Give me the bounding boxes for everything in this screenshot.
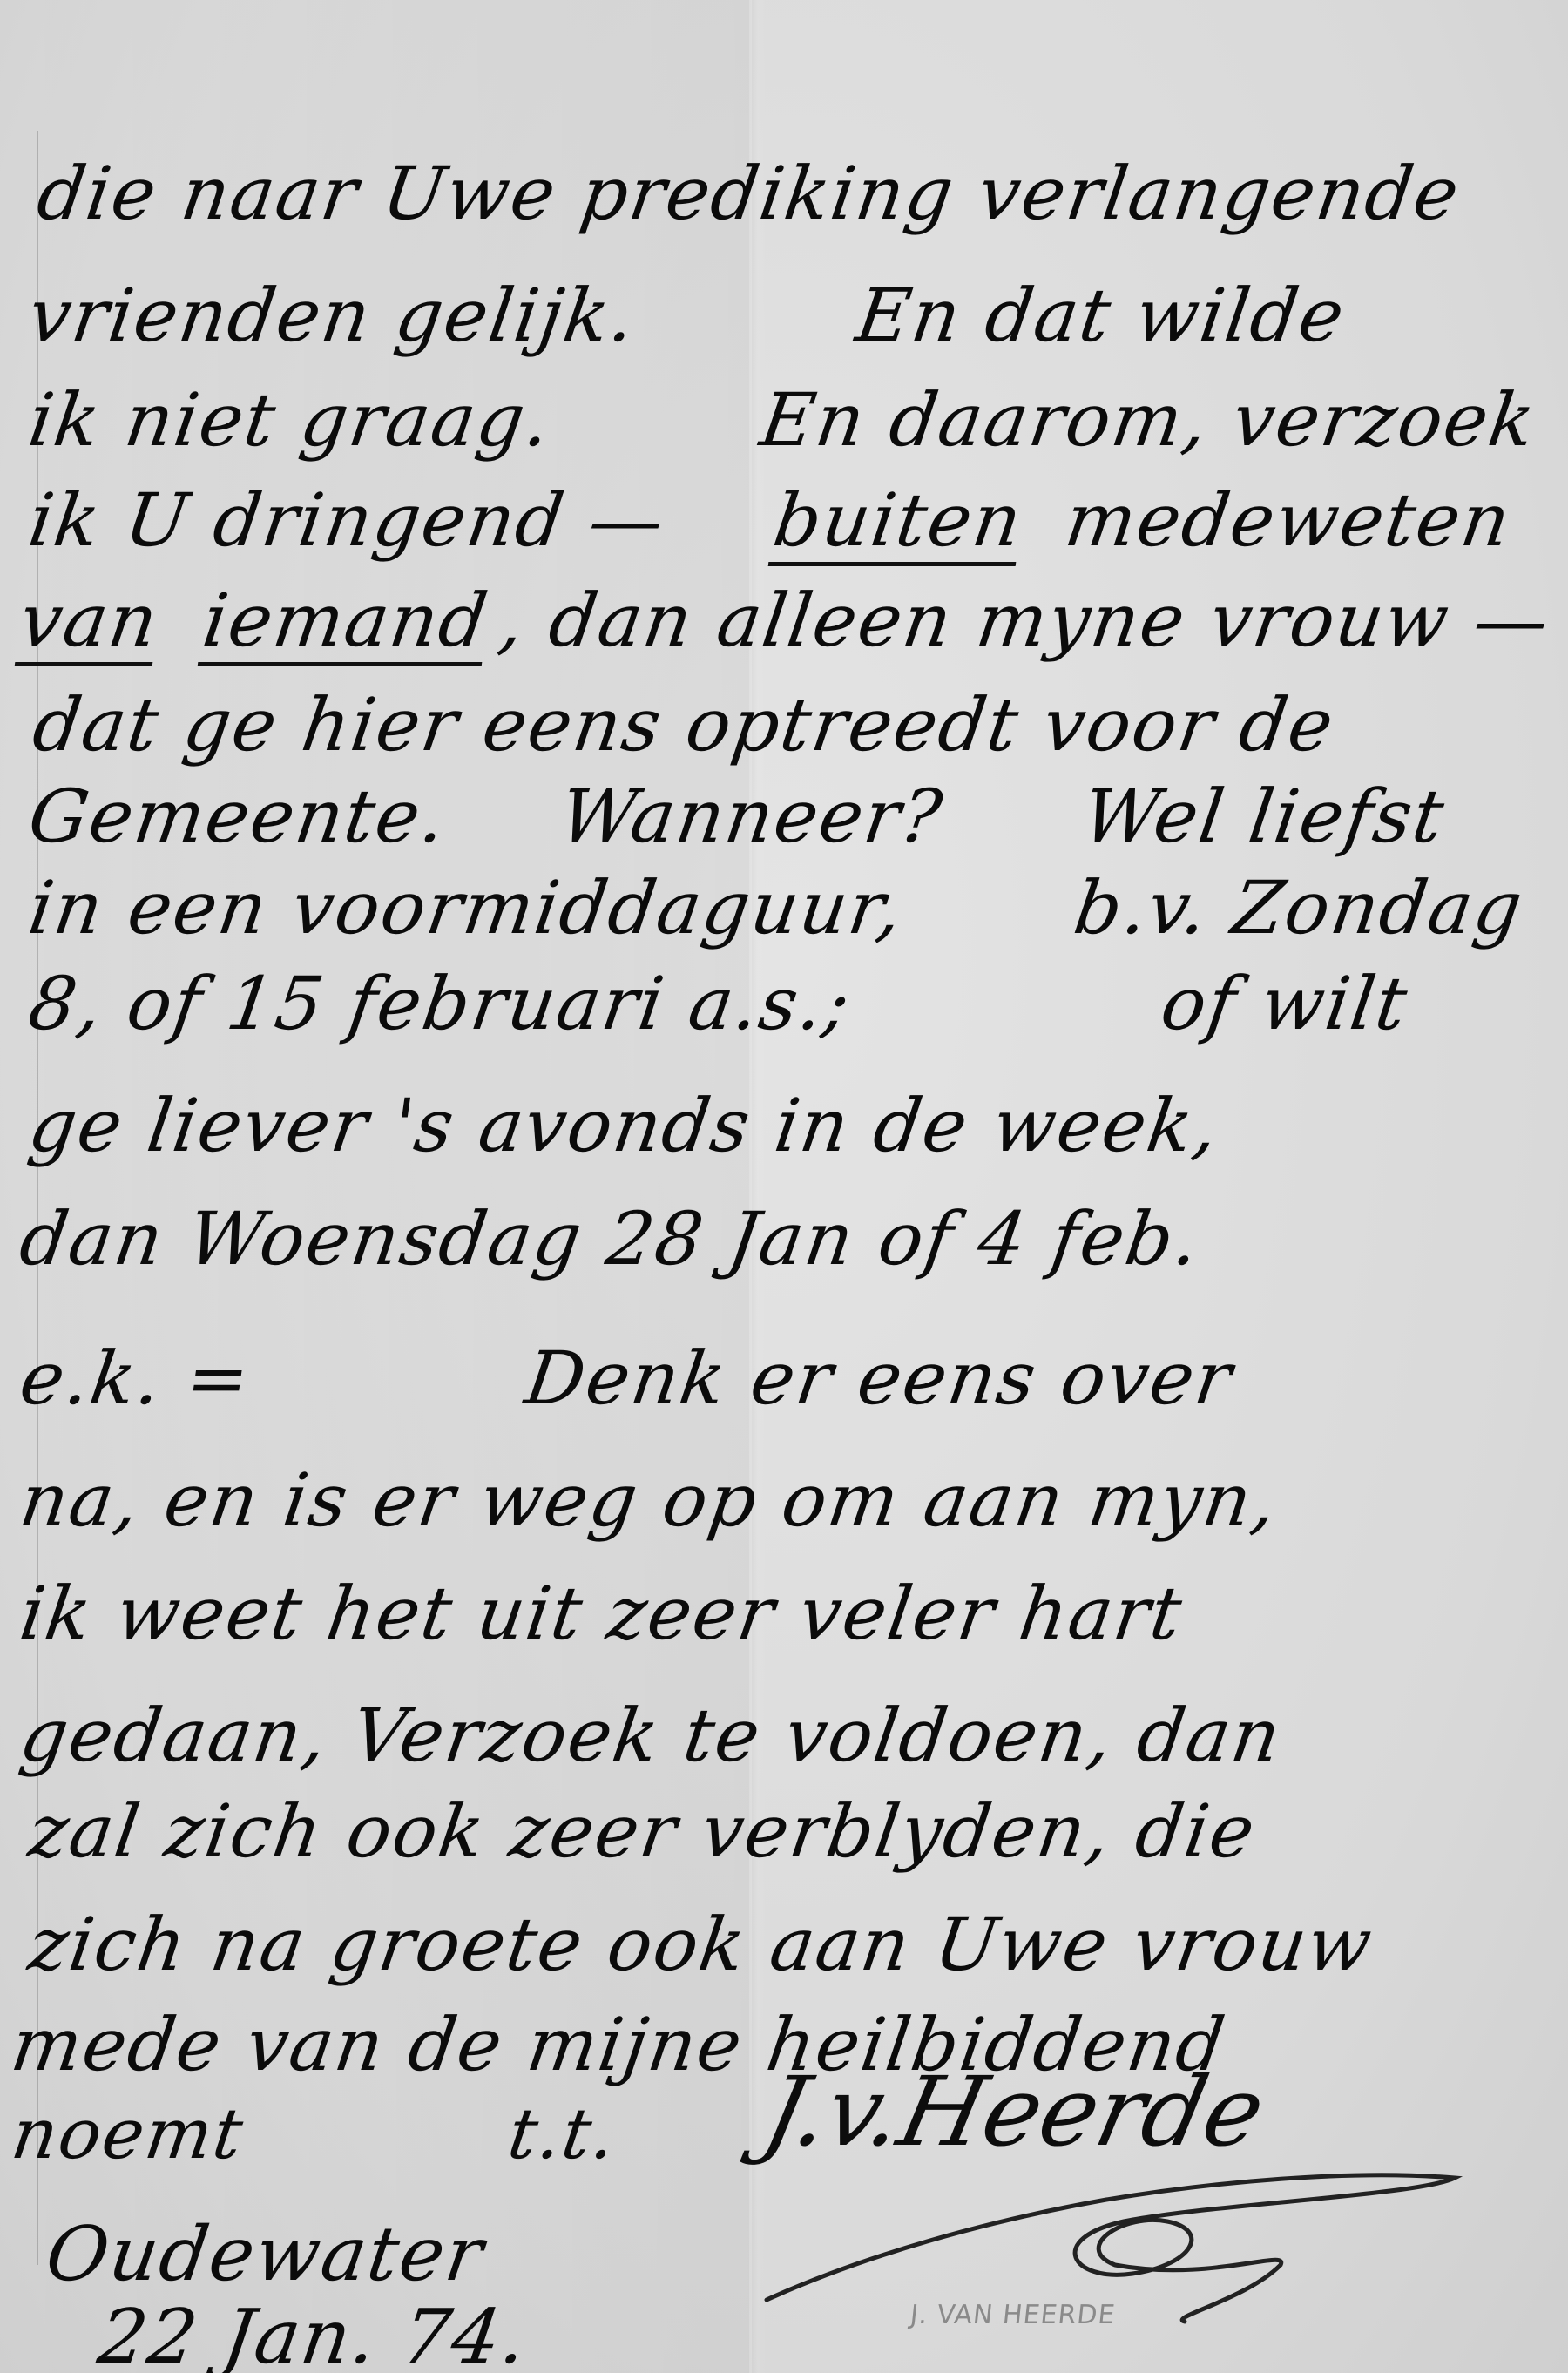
text-segment: En dat wilde	[852, 279, 1349, 352]
text-segment: En daarom, verzoek	[756, 383, 1540, 456]
text-segment: , dan alleen myne vrouw —	[495, 584, 1554, 657]
text-segment: zich na groete ook aan Uwe vrouw	[24, 1908, 1377, 1981]
text-segment: na, en is er weg op om aan myn,	[16, 1464, 1282, 1537]
text-segment: ge liever 's avonds in de week,	[24, 1089, 1224, 1162]
text-segment: Wel liefst	[1078, 780, 1450, 853]
text-segment: e.k. =	[16, 1342, 255, 1415]
text-segment: dat ge hier eens optreedt voor de	[29, 688, 1339, 761]
underlined-word: buiten	[768, 483, 1028, 566]
text-segment: t.t.	[504, 2099, 621, 2169]
name-stamp: J. VAN HEERDE	[909, 2300, 1117, 2330]
text-segment: Wanneer?	[556, 780, 948, 853]
text-segment: b.v. Zondag	[1070, 871, 1528, 944]
place-name: Oudewater	[42, 2217, 489, 2292]
underlined-word: iemand	[198, 584, 494, 666]
text-segment: Denk er eens over	[521, 1342, 1237, 1415]
underlined-word: van	[15, 584, 164, 666]
text-segment: of wilt	[1157, 967, 1413, 1040]
text-segment: dan Woensdag 28 Jan of 4 feb.	[16, 1202, 1205, 1275]
text-segment: zal zich ook zeer verblyden, die	[24, 1795, 1260, 1868]
letter-date: 22 Jan. 74.	[94, 2300, 532, 2373]
text-segment: die naar Uwe prediking verlangende	[33, 157, 1464, 230]
text-segment: ik niet graag.	[24, 383, 556, 456]
text-segment: ik weet het uit zeer veler hart	[16, 1577, 1187, 1650]
text-segment: noemt	[8, 2099, 248, 2169]
text-segment: ik U dringend —	[24, 483, 670, 557]
text-segment: Gemeente.	[24, 780, 451, 853]
signature: J.v.Heerde	[754, 2056, 1274, 2167]
text-segment: vrienden gelijk.	[24, 279, 640, 352]
letter-page: die naar Uwe prediking verlangendevriend…	[0, 0, 1568, 2373]
text-segment: gedaan, Verzoek te voldoen, dan	[16, 1699, 1286, 1772]
text-segment: medeweten	[1061, 483, 1516, 557]
text-segment: in een voormiddaguur,	[24, 871, 908, 944]
text-segment: 8, of 15 februari a.s.;	[24, 967, 855, 1040]
